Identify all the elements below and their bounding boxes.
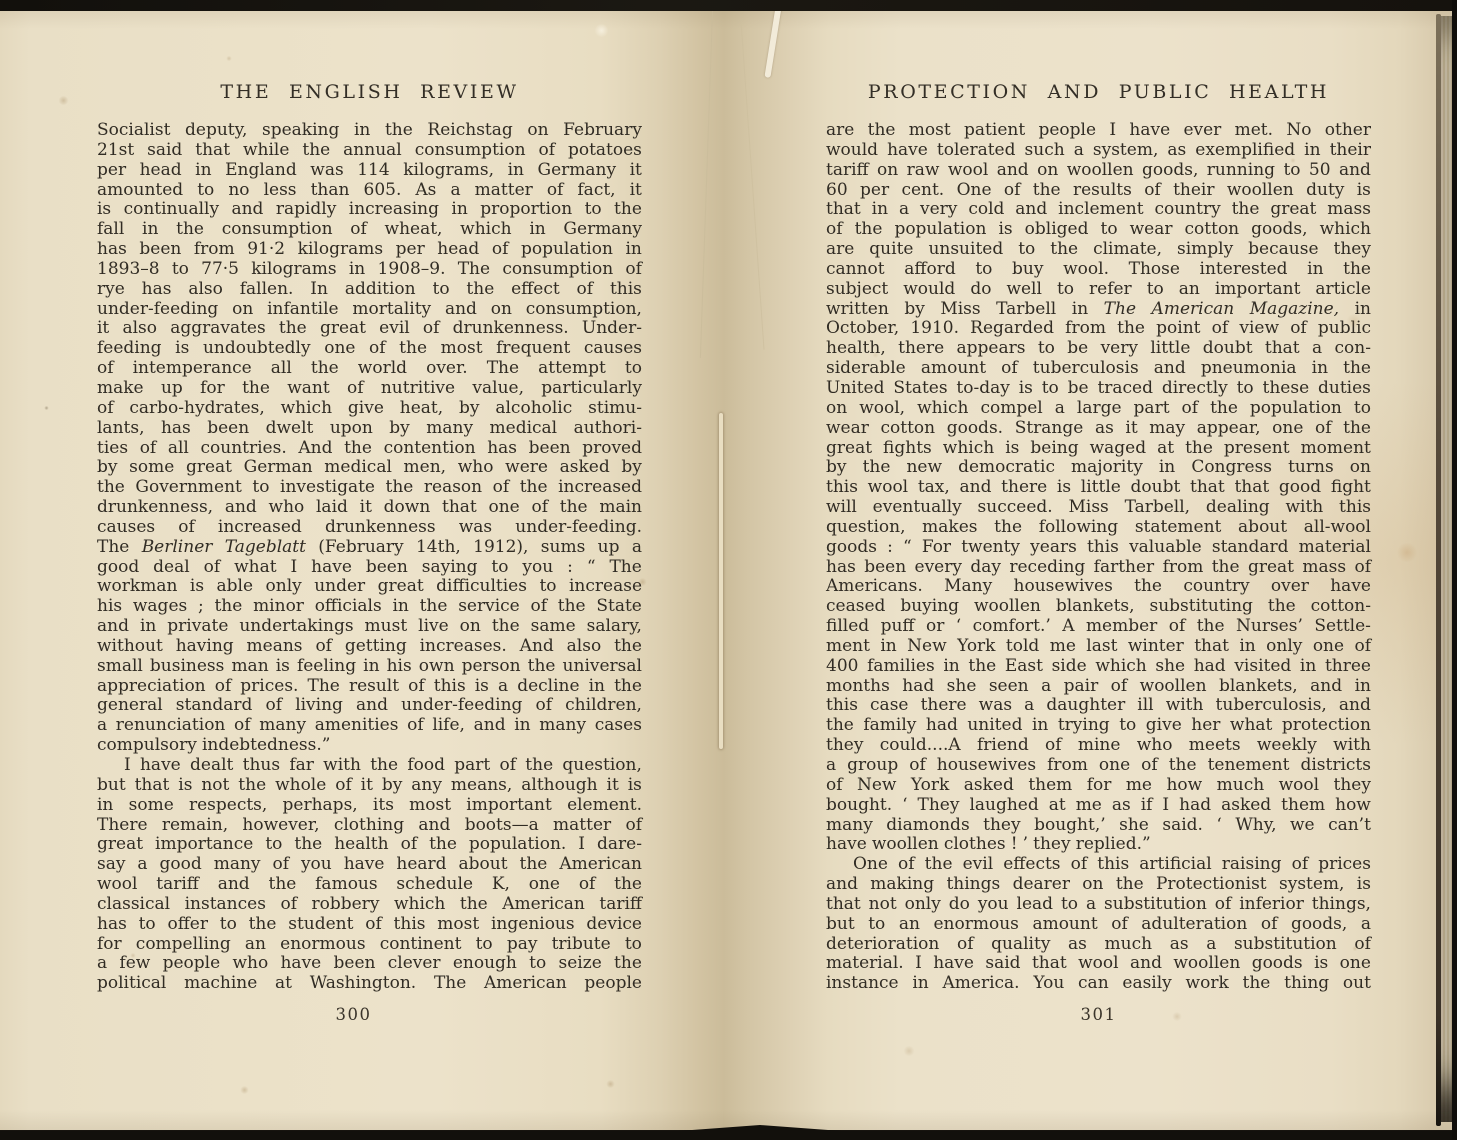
text-line: ofNewYorkaskedthemformehowmuchwoolthey <box>826 776 1371 796</box>
text-line: subjectwoulddowelltorefertoanimportantar… <box>826 280 1371 300</box>
gutter-crease <box>719 413 723 749</box>
page-number: 300 <box>81 1005 626 1024</box>
text-line: filledpuffor‘comfort.’AmemberoftheNurses… <box>826 617 1371 637</box>
text-line: wooltariffandthefamousscheduleK,oneofthe <box>97 875 642 895</box>
text-line: arequiteunsuitedtotheclimate,simplybecau… <box>826 240 1371 260</box>
text-line: workmanisableonlyundergreatdifficultiest… <box>97 577 642 597</box>
text-line: material.Ihavesaidthatwoolandwoollengood… <box>826 954 1371 974</box>
text-line: forcompellinganenormouscontinenttopaytri… <box>97 935 642 955</box>
text-line: arethemostpatientpeopleIhaveevermet.Noot… <box>826 121 1371 141</box>
text-line: amountedtonolessthan605.Asamatteroffact,… <box>97 181 642 201</box>
text-line: willeventuallysucceed.MissTarbell,dealin… <box>826 498 1371 518</box>
text-line: drunkenness,andwholaiditdownthatoneofthe… <box>97 498 642 518</box>
text-line: question,makesthefollowingstatementabout… <box>826 518 1371 538</box>
text-line: theycould....Afriendofminewhomeetsweekly… <box>826 736 1371 756</box>
text-line: thatnotonlydoyouleadtoasubstitutionofinf… <box>826 895 1371 915</box>
book-scan: THE ENGLISH REVIEW Socialistdeputy,speak… <box>0 0 1457 1140</box>
text-line: fallintheconsumptionofwheat,whichinGerma… <box>97 220 642 240</box>
text-line: withouthavingmeansofgettingincreases.And… <box>97 637 642 657</box>
text-line: 1893–8to77·5kilogramsin1908–9.Theconsump… <box>97 260 642 280</box>
text-line: hiswages;theminorofficialsintheserviceof… <box>97 597 642 617</box>
text-line: classicalinstancesofrobberywhichtheAmeri… <box>97 895 642 915</box>
text-line: greatimportancetothehealthofthepopulatio… <box>97 835 642 855</box>
text-line: hasbeenfrom91·2kilogramsperheadofpopulat… <box>97 240 642 260</box>
text-line: causesofincreaseddrunkennesswasunder-fee… <box>97 518 642 538</box>
text-line: generalstandardoflivingandunder-feedingo… <box>97 696 642 716</box>
text-line: buttoanenormousamountofadulterationofgoo… <box>826 915 1371 935</box>
text-line: arenunciationofmanyamenitiesoflife,andin… <box>97 716 642 736</box>
text-line: wearcottongoods.Strangeasitmayappear,one… <box>826 419 1371 439</box>
text-line: deteriorationofqualityasmuchasasubstitut… <box>826 935 1371 955</box>
text-line: theGovernmenttoinvestigatethereasonofthe… <box>97 478 642 498</box>
text-line: bought.‘TheylaughedatmeasifIhadaskedthem… <box>826 796 1371 816</box>
text-line: sayagoodmanyofyouhaveheardabouttheAmeric… <box>97 855 642 875</box>
text-line: tariffonrawwoolandonwoollengoods,running… <box>826 161 1371 181</box>
text-line: wouldhavetoleratedsuchasystem,asexemplif… <box>826 141 1371 161</box>
text-line: hastooffertothestudentofthismostingeniou… <box>97 915 642 935</box>
text-line: manydiamondstheybought,’shesaid.‘Why,wec… <box>826 816 1371 836</box>
text-line: compulsoryindebtedness.” <box>97 736 642 756</box>
text-line: butthatisnotthewholeofitbyanymeans,altho… <box>97 776 642 796</box>
text-line: ofthepopulationisobligedtowearcottongood… <box>826 220 1371 240</box>
text-line: insomerespects,perhaps,itsmostimportante… <box>97 796 642 816</box>
text-line: monthshadsheseenapairofwoollenblankets,a… <box>826 677 1371 697</box>
text-line: andmakingthingsdearerontheProtectionists… <box>826 875 1371 895</box>
text-line: thefamilyhadunitedintryingtogiveherwhatp… <box>826 716 1371 736</box>
running-head: THE ENGLISH REVIEW <box>97 81 642 103</box>
text-line: 21stsaidthatwhiletheannualconsumptionofp… <box>97 141 642 161</box>
running-head: PROTECTION AND PUBLIC HEALTH <box>826 81 1371 103</box>
text-line: ryehasalsofallen.Inadditiontotheeffectof… <box>97 280 642 300</box>
scan-bottom-edge <box>0 1131 1457 1140</box>
text-line: Ihavedealtthusfarwiththefoodpartoftheque… <box>97 756 642 776</box>
text-line: ceasedbuyingwoollenblankets,substituting… <box>826 597 1371 617</box>
text-line: under-feedingoninfantilemortalityandonco… <box>97 300 642 320</box>
text-line: Socialistdeputy,speakingintheReichstagon… <box>97 121 642 141</box>
text-line: perheadinEnglandwas114kilograms,inGerman… <box>97 161 642 181</box>
text-line: italsoaggravatesthegreatevilofdrunkennes… <box>97 319 642 339</box>
text-line: instanceinAmerica.Youcaneasilyworkthethi… <box>826 974 1371 994</box>
text-line: andinprivateundertakingsmustliveonthesam… <box>97 617 642 637</box>
text-line: writtenbyMissTarbellinTheAmericanMagazin… <box>826 300 1371 320</box>
text-line: 400familiesintheEastsidewhichshehadvisit… <box>826 657 1371 677</box>
text-line: ofintemperancealltheworldover.Theattempt… <box>97 359 642 379</box>
text-line: feedingisundoubtedlyoneofthemostfrequent… <box>97 339 642 359</box>
text-line: lants,hasbeendweltuponbymanymedicalautho… <box>97 419 642 439</box>
text-line: tiesofallcountries.Andthecontentionhasbe… <box>97 439 642 459</box>
left-page: THE ENGLISH REVIEW Socialistdeputy,speak… <box>97 0 642 1140</box>
scan-top-edge <box>0 0 1457 11</box>
text-line: health,thereappearstobeverylittledoubtth… <box>826 339 1371 359</box>
page-number: 301 <box>826 1005 1371 1024</box>
text-line: appreciationofprices.Theresultofthisisad… <box>97 677 642 697</box>
text-line: Americans.Manyhousewivesthecountryoverha… <box>826 577 1371 597</box>
text-line: bythenewdemocraticmajorityinCongressturn… <box>826 458 1371 478</box>
text-block: arethemostpatientpeopleIhaveevermet.Noot… <box>826 121 1371 994</box>
text-line: Thereremain,however,clothingandboots—ama… <box>97 816 642 836</box>
text-line: ofcarbo-hydrates,whichgiveheat,byalcohol… <box>97 399 642 419</box>
text-block: Socialistdeputy,speakingintheReichstagon… <box>97 121 642 994</box>
text-line: October,1910.Regardedfromthepointofviewo… <box>826 319 1371 339</box>
text-line: havewoollenclothes!’theyreplied.” <box>826 835 1371 855</box>
text-line: thiswooltax,andthereislittledoubtthattha… <box>826 478 1371 498</box>
text-line: gooddealofwhatIhavebeensayingtoyou:“The <box>97 558 642 578</box>
text-line: smallbusinessmanisfeelinginhisownpersont… <box>97 657 642 677</box>
text-line: Oneoftheevileffectsofthisartificialraisi… <box>826 855 1371 875</box>
text-line: cannotaffordtobuywool.Thoseinterestedint… <box>826 260 1371 280</box>
text-line: hasbeeneverydayrecedingfartherfromthegre… <box>826 558 1371 578</box>
text-line: greatfightswhichisbeingwagedatthepresent… <box>826 439 1371 459</box>
text-line: siderableamountoftuberculosisandpneumoni… <box>826 359 1371 379</box>
right-page: PROTECTION AND PUBLIC HEALTH arethemostp… <box>826 0 1371 1140</box>
text-line: goods:“Fortwentyyearsthisvaluablestandar… <box>826 538 1371 558</box>
text-line: afewpeoplewhohavebeencleverenoughtoseize… <box>97 954 642 974</box>
text-line: 60percent.Oneoftheresultsoftheirwoollend… <box>826 181 1371 201</box>
text-line: TheBerlinerTageblatt(February14th,1912),… <box>97 538 642 558</box>
text-line: makeupforthewantofnutritivevalue,particu… <box>97 379 642 399</box>
text-line: UnitedStatesto-dayistobetraceddirectlyto… <box>826 379 1371 399</box>
text-line: thiscasetherewasadaughterillwithtubercul… <box>826 696 1371 716</box>
text-line: agroupofhousewivesfromoneofthetenementdi… <box>826 756 1371 776</box>
text-line: mentinNewYorktoldmelastwinterthatinonlyo… <box>826 637 1371 657</box>
text-line: bysomegreatGermanmedicalmen,whowereasked… <box>97 458 642 478</box>
text-line: thatinaverycoldandinclementcountrythegre… <box>826 200 1371 220</box>
text-line: politicalmachineatWashington.TheAmerican… <box>97 974 642 994</box>
book-cover-edge <box>1452 0 1457 1140</box>
text-line: iscontinuallyandrapidlyincreasinginpropo… <box>97 200 642 220</box>
text-line: onwool,whichcompelalargepartofthepopulat… <box>826 399 1371 419</box>
